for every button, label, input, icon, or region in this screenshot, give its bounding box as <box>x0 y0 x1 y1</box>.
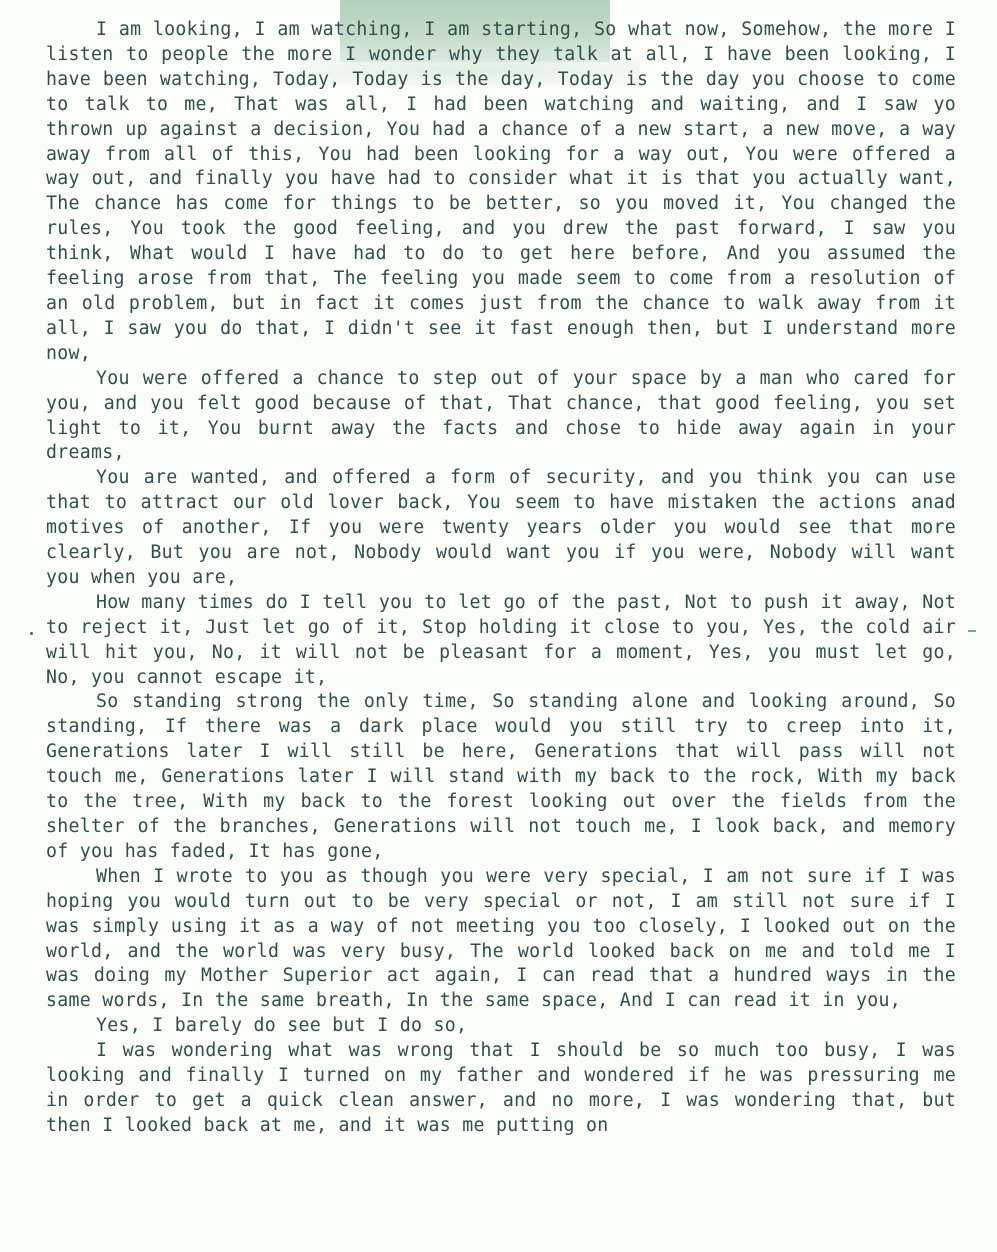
paragraph: How many times do I tell you to let go o… <box>46 591 956 691</box>
paragraph: I am looking, I am watching, I am starti… <box>46 18 956 367</box>
paragraph: You were offered a chance to step out of… <box>46 367 956 467</box>
paragraph: When I wrote to you as though you were v… <box>46 865 956 1014</box>
margin-mark-right <box>968 630 976 632</box>
margin-mark <box>30 632 33 635</box>
paragraph: I was wondering what was wrong that I sh… <box>46 1039 956 1139</box>
typed-page: I am looking, I am watching, I am starti… <box>46 18 956 1139</box>
paragraph: Yes, I barely do see but I do so, <box>46 1014 956 1039</box>
paragraph: You are wanted, and offered a form of se… <box>46 466 956 591</box>
paragraph: So standing strong the only time, So sta… <box>46 690 956 864</box>
